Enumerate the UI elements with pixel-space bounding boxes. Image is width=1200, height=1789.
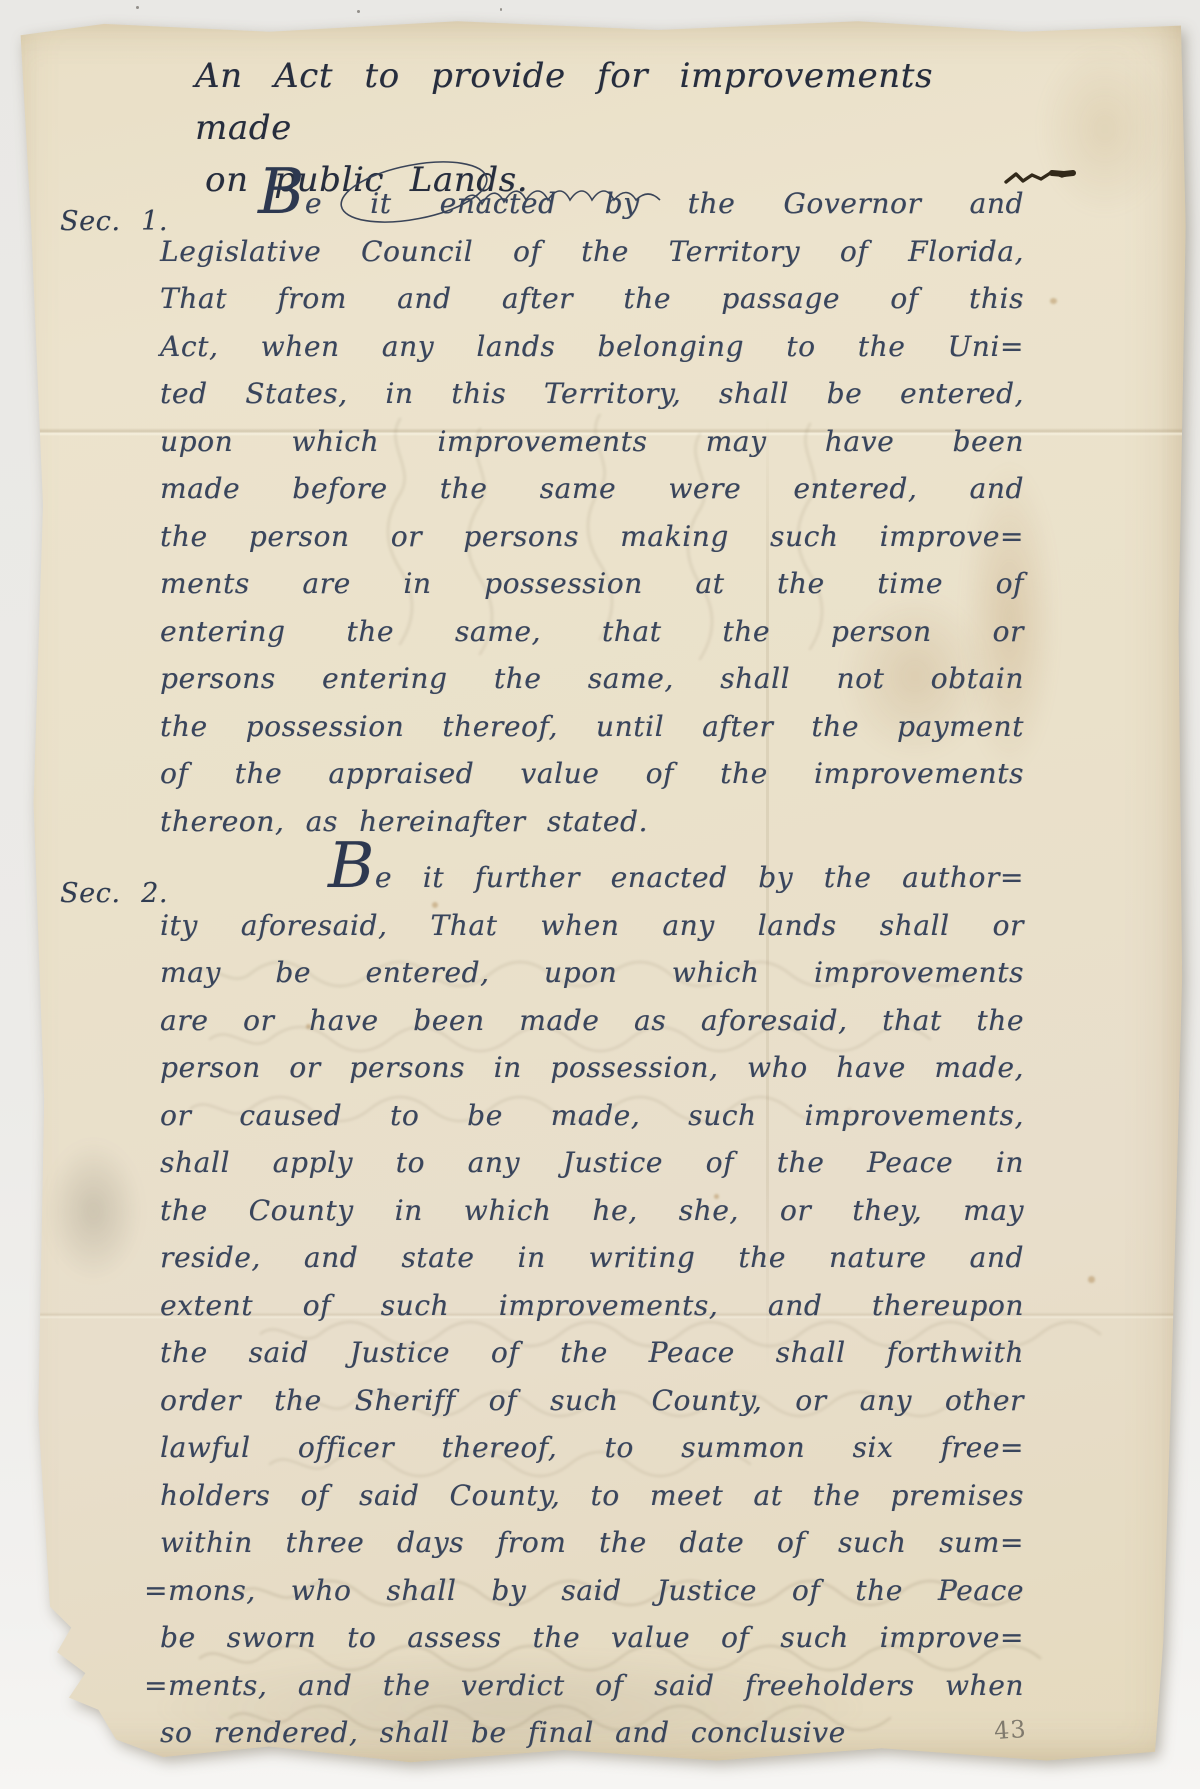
paper-shadow: An Act to provide for improvements made … xyxy=(10,16,1188,1764)
manuscript-line: are or have been made as aforesaid, that… xyxy=(160,997,1024,1045)
manuscript-line: or caused to be made, such improvements, xyxy=(160,1092,1024,1140)
section-label: Sec. 1. xyxy=(60,206,168,237)
manuscript-line: the possession thereof, until after the … xyxy=(160,703,1024,751)
dust-speck xyxy=(357,10,360,13)
manuscript-line: made before the same were entered, and xyxy=(160,465,1024,513)
page-number: 43 xyxy=(993,1715,1027,1745)
manuscript-line: thereon, as hereinafter stated. xyxy=(160,798,1024,846)
manuscript-line: so rendered, shall be final and conclusi… xyxy=(160,1709,1024,1757)
manuscript-line: person or persons in possession, who hav… xyxy=(160,1044,1024,1092)
manuscript-line: =mons, who shall by said Justice of the … xyxy=(144,1567,1024,1615)
title-line: An Act to provide for improvements made xyxy=(195,50,933,154)
manuscript-line: shall apply to any Justice of the Peace … xyxy=(160,1139,1024,1187)
manuscript-line: of the appraised value of the improvemen… xyxy=(160,750,1024,798)
manuscript-line: extent of such improvements, and thereup… xyxy=(160,1282,1024,1330)
manuscript-line: ments are in possession at the time of xyxy=(160,560,1024,608)
manuscript-line: =ments, and the verdict of said freehold… xyxy=(144,1662,1024,1710)
manuscript-line: Legislative Council of the Territory of … xyxy=(160,228,1024,276)
section-1-body: Be it enacted by the Governor and Legisl… xyxy=(160,180,1024,845)
manuscript-line: That from and after the passage of this xyxy=(160,275,1024,323)
manuscript-page: An Act to provide for improvements made … xyxy=(10,16,1188,1764)
manuscript-line: may be entered, upon which improvements xyxy=(160,949,1024,997)
manuscript-line: within three days from the date of such … xyxy=(160,1519,1024,1567)
manuscript-line: lawful officer thereof, to summon six fr… xyxy=(160,1424,1024,1472)
foxing-dot xyxy=(1050,298,1057,304)
manuscript-line: ted States, in this Territory, shall be … xyxy=(160,370,1024,418)
manuscript-line: be sworn to assess the value of such imp… xyxy=(160,1614,1024,1662)
manuscript-line: the County in which he, she, or they, ma… xyxy=(160,1187,1024,1235)
manuscript-line: Be it enacted by the Governor and xyxy=(258,180,1024,228)
manuscript-line: Be it further enacted by the author= xyxy=(328,854,1024,902)
photo-background: An Act to provide for improvements made … xyxy=(0,0,1200,1789)
dust-speck xyxy=(136,6,139,9)
manuscript-line: ity aforesaid, That when any lands shall… xyxy=(160,902,1024,950)
section-2-body: Be it further enacted by the author= ity… xyxy=(160,854,1024,1757)
manuscript-line: entering the same, that the person or xyxy=(160,608,1024,656)
manuscript-line: Act, when any lands belonging to the Uni… xyxy=(160,323,1024,371)
dust-speck xyxy=(500,8,502,11)
manuscript-line: holders of said County, to meet at the p… xyxy=(160,1472,1024,1520)
stain xyxy=(46,1141,141,1281)
manuscript-line: the said Justice of the Peace shall fort… xyxy=(160,1329,1024,1377)
foxing-dot xyxy=(1088,1276,1095,1283)
manuscript-line: the person or persons making such improv… xyxy=(160,513,1024,561)
manuscript-line: order the Sheriff of such County, or any… xyxy=(160,1377,1024,1425)
manuscript-line: persons entering the same, shall not obt… xyxy=(160,655,1024,703)
manuscript-line: reside, and state in writing the nature … xyxy=(160,1234,1024,1282)
manuscript-line: upon which improvements may have been xyxy=(160,418,1024,466)
section-label: Sec. 2. xyxy=(60,878,168,909)
